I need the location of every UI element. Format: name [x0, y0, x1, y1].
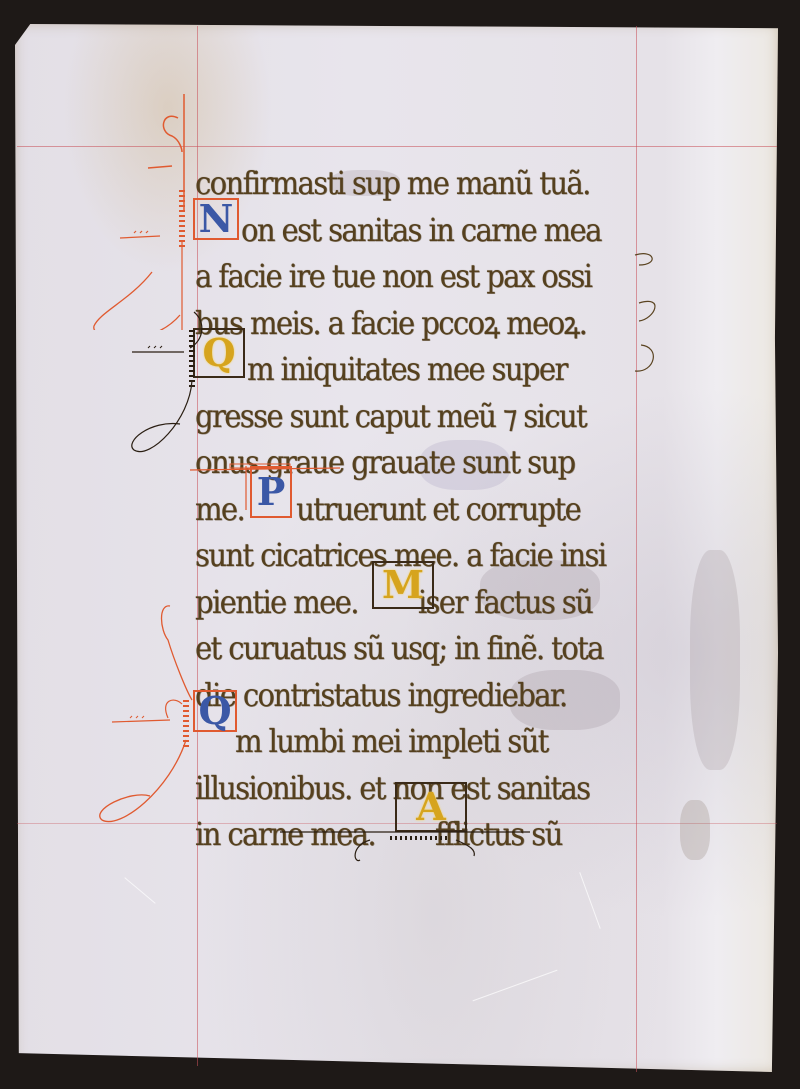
- black-pen-flourish-left: [120, 300, 230, 460]
- initial-letter: Q: [198, 692, 231, 730]
- red-pen-flourish-bottom: [90, 600, 200, 840]
- offset-stain: [690, 550, 740, 770]
- initial-letter: N: [199, 200, 234, 238]
- text-line-2: on est sanitas in carne mea: [195, 205, 665, 255]
- initial-m-gold: M: [372, 561, 434, 609]
- black-pen-flourish-right: [625, 245, 675, 385]
- text-line-3: a facie ire tue non est pax ossi: [195, 251, 665, 301]
- text-line-5: m iniquitates mee super: [195, 344, 665, 394]
- black-pen-flourish-bottom: [280, 820, 540, 880]
- text-line-1: confirmasti sup me manũ tuã.: [195, 158, 665, 208]
- text-line-13: m lumbi mei impleti sũt: [195, 716, 665, 766]
- line-text: m lumbi mei impleti sũt: [235, 723, 548, 760]
- text-line-6: gresse sunt caput meũ ⁊ sicut: [195, 391, 665, 441]
- text-line-11: et curuatus sũ usq; in finẽ. tota: [195, 623, 665, 673]
- line-text: m iniquitates mee super: [247, 351, 567, 388]
- text-line-12: die contristatus ingrediebar.: [195, 670, 665, 720]
- offset-stain: [680, 800, 710, 860]
- line-text: pientie mee.: [195, 583, 358, 620]
- line-text: iser factus sũ: [418, 583, 592, 620]
- initial-letter: M: [382, 566, 424, 604]
- red-pen-flourish-top: [90, 90, 200, 330]
- text-line-4: bus meis. a facie pccoꝝ meoꝝ.: [195, 298, 665, 348]
- red-pen-flourish-p: [190, 456, 350, 516]
- line-text: on est sanitas in carne mea: [241, 211, 601, 248]
